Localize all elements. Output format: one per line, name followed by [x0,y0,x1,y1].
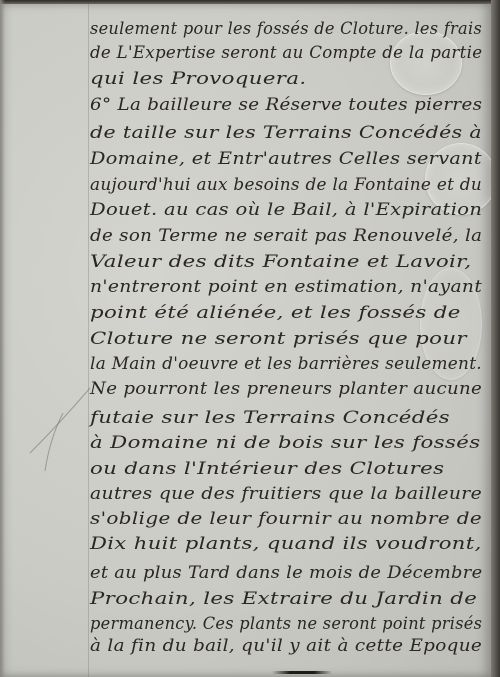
manuscript-line: Cloture ne seront prisés que pour [90,329,467,349]
page-left-edge [0,0,5,677]
page-top-edge [0,0,500,4]
handwritten-text-body: seulement pour les fossés de Cloture. le… [90,3,488,677]
manuscript-line: et au plus Tard dans le mois de Décembre [90,563,482,583]
manuscript-line: Douet. au cas où le Bail, à l'Expiration [90,200,482,220]
end-flourish [272,671,332,674]
manuscript-line: Domaine, et Entr'autres Celles servant [90,149,482,169]
manuscript-line: Prochain, les Extraire du Jardin de [90,589,477,609]
pencil-x-mark-icon [15,383,95,473]
manuscript-line: de taille sur les Terrains Concédés à [90,123,482,143]
manuscript-line: 6° La bailleure se Réserve toutes pierre… [90,95,482,115]
manuscript-line: à la fin du bail, qu'il y ait à cette Ep… [90,636,482,656]
manuscript-line: permanency. Ces plants ne seront point p… [90,614,482,634]
manuscript-line: futaie sur les Terrains Concédés [90,408,450,428]
manuscript-line: Valeur des dits Fontaine et Lavoir, [90,252,472,272]
manuscript-line: aujourd'hui aux besoins de la Fontaine e… [90,175,482,195]
manuscript-line: Ne pourront les preneurs planter aucune [90,379,482,399]
manuscript-page: seulement pour les fossés de Cloture. le… [0,3,492,677]
manuscript-line: autres que des fruitiers que la bailleur… [90,484,482,504]
manuscript-line: Dix huit plants, quand ils voudront, [90,534,482,554]
manuscript-line: la Main d'oeuvre et les barrières seulem… [90,354,482,374]
margin-rule [88,3,89,677]
manuscript-line: de L'Expertise seront au Compte de la pa… [90,43,482,63]
manuscript-line: à Domaine ni de bois sur les fossés [90,433,481,453]
page-right-edge [491,0,500,677]
manuscript-line: n'entreront point en estimation, n'ayant [90,277,482,297]
manuscript-line: ou dans l'Intérieur des Clotures [90,459,444,479]
manuscript-line: qui les Provoquera. [90,69,307,89]
manuscript-line: seulement pour les fossés de Cloture. le… [90,19,482,39]
manuscript-line: s'oblige de leur fournir au nombre de [90,509,482,529]
manuscript-line: point été aliénée, et les fossés de [90,303,461,323]
manuscript-line: de son Terme ne serait pas Renouvelé, la [90,226,482,246]
